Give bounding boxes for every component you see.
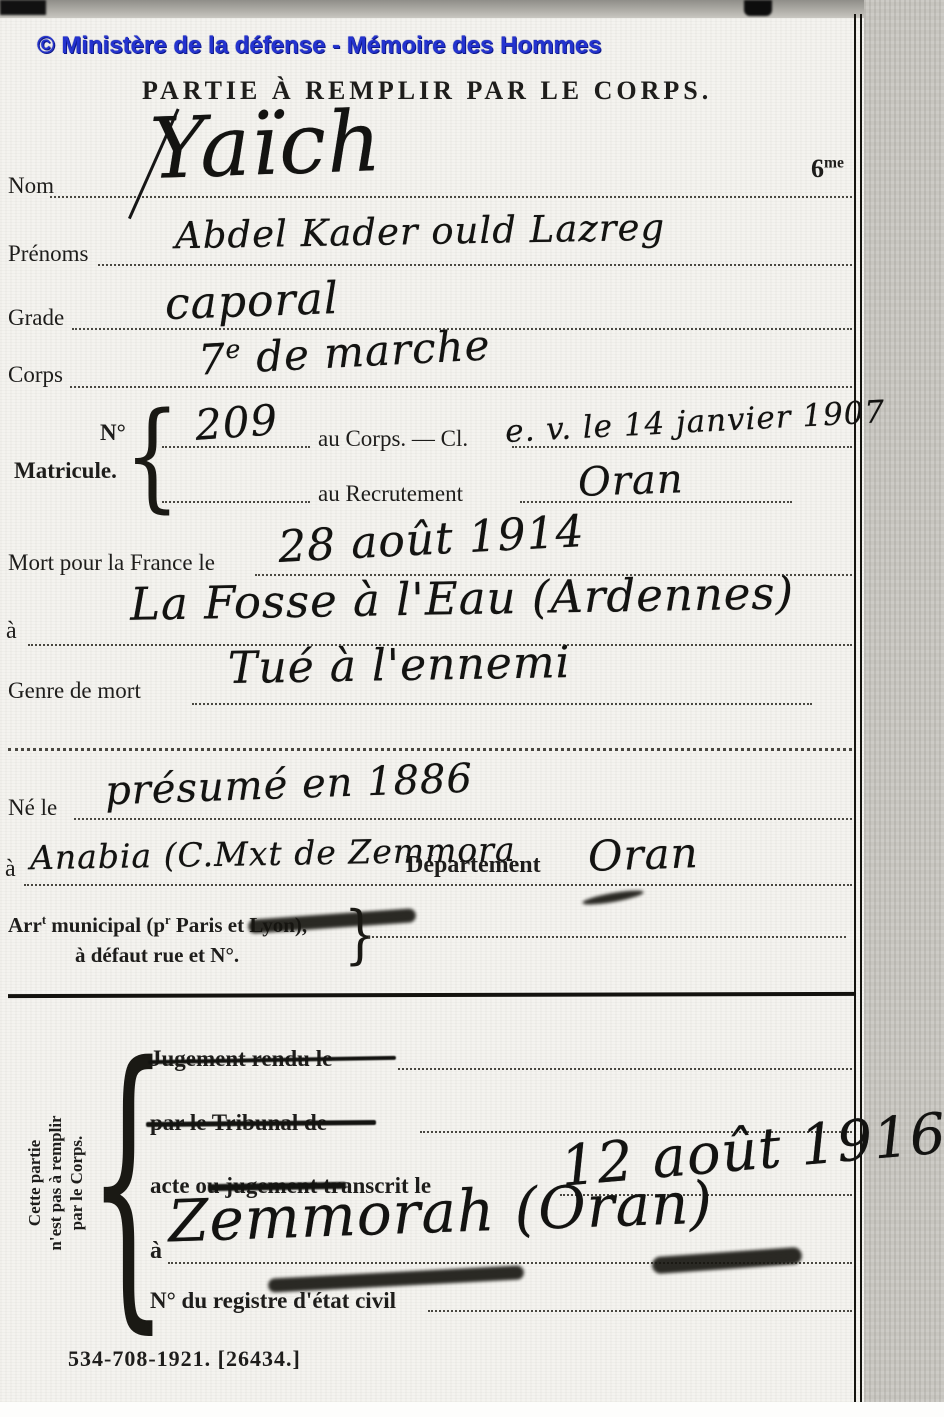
mort-le-label: Mort pour la France le (8, 550, 215, 576)
page-edge-rule (854, 14, 862, 1402)
corps-value-base: 7 (197, 334, 227, 384)
matricule-label: Matricule. (14, 458, 117, 484)
genre-mort-line (192, 703, 812, 705)
prenoms-value: Abdel Kader ould Lazreg (175, 206, 666, 258)
civil-side-note: Cette partie n'est pas à remplir par le … (24, 1066, 87, 1300)
scan-top-band (0, 0, 944, 18)
ink-smudge (248, 908, 417, 934)
ink-smudge (652, 1247, 803, 1274)
side-note-line1: Cette partie (24, 1066, 45, 1300)
blank-line (8, 748, 852, 751)
prenoms-label: Prénoms (8, 241, 89, 267)
registre-line (428, 1310, 852, 1312)
ne-le-label: Né le (8, 795, 57, 821)
ne-a-line (24, 884, 852, 886)
prenoms-line (98, 264, 852, 266)
corps-value: 7e de marche (197, 320, 492, 384)
nom-value: Yaïch (148, 92, 383, 198)
classe-value: e. v. le 14 janvier 1907 (504, 394, 886, 450)
au-recrutement-label: au Recrutement (318, 481, 463, 507)
nom-label: Nom (8, 173, 54, 199)
ne-a-label: à (5, 856, 16, 883)
side-note-line3: par le Corps. (66, 1066, 87, 1300)
imprint: 534-708-1921. [26434.] (68, 1346, 301, 1372)
ink-smudge (582, 888, 645, 908)
ne-le-value: présumé en 1886 (104, 756, 473, 815)
class-corner-note: 6me (811, 154, 844, 184)
matricule-recrutement-line (162, 501, 310, 503)
scan-right-margin (864, 0, 944, 1402)
side-note-line2: n'est pas à remplir (45, 1066, 66, 1300)
scan-artifact (744, 0, 772, 16)
class-corner-sup: me (824, 154, 844, 171)
arr-municipal-label-line2: à défaut rue et N°. (75, 943, 239, 968)
arr-line (368, 936, 846, 938)
matricule-corps-value: 209 (193, 395, 279, 450)
mort-a-value: La Fosse à l'Eau (Ardennes) (130, 566, 795, 631)
acte-a-label: à (150, 1238, 162, 1265)
mort-le-value: 28 août 1914 (277, 506, 586, 573)
corps-value-sup: e (225, 334, 242, 364)
scan-artifact (0, 0, 46, 15)
arr-brace: } (344, 903, 377, 967)
strikethrough (146, 1120, 376, 1127)
arr-p1: Arr (8, 913, 42, 937)
departement-value: Oran (587, 828, 699, 881)
section-divider (8, 992, 856, 998)
grade-label: Grade (8, 305, 64, 331)
class-corner-base: 6 (811, 154, 824, 183)
matricule-no-label: N° (100, 420, 126, 446)
corps-line (70, 386, 852, 388)
grade-value: caporal (164, 273, 340, 330)
document-page: © Ministère de la défense - Mémoire des … (0, 0, 944, 1417)
departement-label: Département (406, 852, 541, 879)
recrutement-value: Oran (577, 456, 684, 506)
registre-label: N° du registre d'état civil (150, 1288, 396, 1314)
au-corps-label: au Corps. — Cl. (318, 426, 468, 452)
ne-le-line (74, 818, 852, 820)
genre-mort-value: Tué à l'ennemi (228, 637, 571, 694)
corps-label: Corps (8, 362, 63, 388)
arr-p2: municipal (p (46, 913, 165, 937)
mort-a-label: à (6, 618, 17, 645)
jugement-line (398, 1068, 852, 1070)
matricule-brace: { (124, 396, 180, 514)
genre-mort-label: Genre de mort (8, 678, 141, 704)
scan-bottom-strip (0, 1402, 944, 1417)
watermark: © Ministère de la défense - Mémoire des … (37, 32, 602, 60)
